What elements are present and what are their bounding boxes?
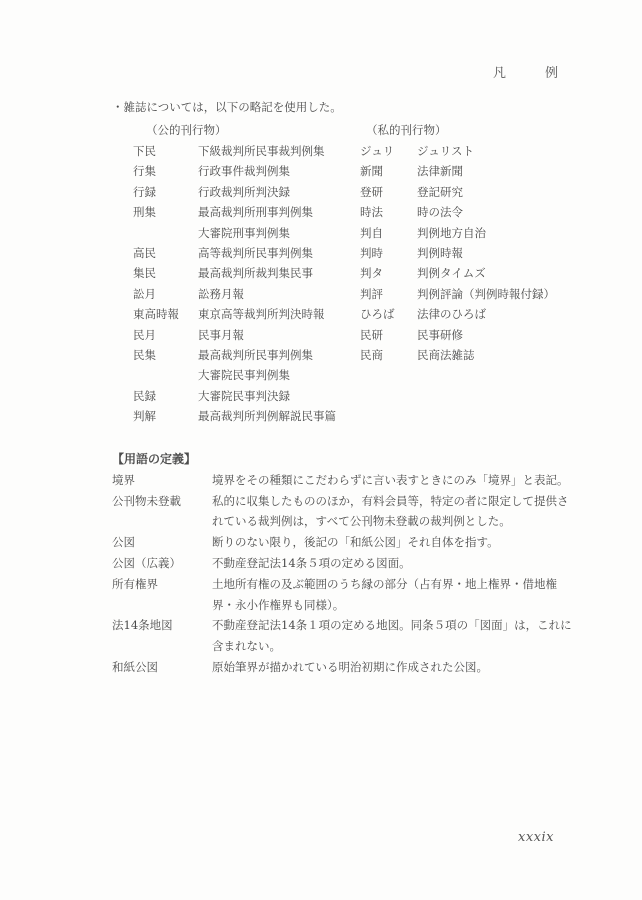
publication-name: 判例地方自治 [417, 226, 486, 240]
page-title: 凡 例 [0, 62, 558, 81]
public-publications-list: 下民下級裁判所民事裁判例集行集行政事件裁判例集行録行政裁判所判決録刑集最高裁判所… [133, 141, 336, 427]
definition-text-line: 断りのない限り，後記の「和紙公図」それ自体を指す。 [212, 532, 582, 553]
definition-text: 不動産登記法14条５項の定める図面。 [212, 553, 582, 574]
definition-entry: 法14条地図不動産登記法14条１項の定める地図。同条５項の「図面」は，これに含ま… [112, 615, 582, 657]
definition-text-line: 私的に収集したもののほか，有料会員等，特定の者に限定して提供さ [212, 491, 582, 512]
publication-name: 大審院民事判決録 [198, 389, 290, 403]
definition-text: 土地所有権の及ぶ範囲のうち縁の部分（占有界・地上権界・借地権界・永小作権界も同様… [212, 574, 582, 616]
definition-term: 公刊物未登載 [112, 491, 212, 512]
abbreviation-row: 東高時報東京高等裁判所判決時報 [133, 304, 336, 324]
abbreviation-row: 刑集最高裁判所刑事判例集 [133, 202, 336, 222]
private-publications-heading: （私的刊行物） [366, 120, 447, 140]
definition-term: 公図（広義） [112, 553, 212, 574]
publication-name: 行政事件裁判例集 [198, 164, 290, 178]
abbreviation-row: 民研民事研修 [360, 325, 555, 345]
abbreviation: 訟月 [133, 284, 198, 304]
abbreviation: 判解 [133, 406, 198, 426]
publication-name: 判例時報 [417, 246, 463, 260]
definition-entry: 境界境界をその種類にこだわらずに言い表すときにのみ「境界」と表記。 [112, 470, 582, 491]
publication-name: 時の法令 [417, 205, 463, 219]
definition-term: 境界 [112, 470, 212, 491]
abbreviation-row: 登研登記研究 [360, 182, 555, 202]
abbreviation-row: 判タ判例タイムズ [360, 263, 555, 283]
definition-entry: 公図（広義）不動産登記法14条５項の定める図面。 [112, 553, 582, 574]
abbreviation-row: 高民高等裁判所民事判例集 [133, 243, 336, 263]
publication-name: 最高裁判所判例解説民事篇 [198, 409, 336, 423]
publication-name: 法律新聞 [417, 164, 463, 178]
definition-text-line: れている裁判例は，すべて公刊物未登載の裁判例とした。 [212, 511, 582, 532]
publication-name: 最高裁判所刑事判例集 [198, 205, 313, 219]
definition-term: 和紙公図 [112, 657, 212, 678]
abbreviation-row: 民録大審院民事判決録 [133, 386, 336, 406]
publication-name: 訟務月報 [198, 287, 244, 301]
definition-text-line: 境界をその種類にこだわらずに言い表すときにのみ「境界」と表記。 [212, 470, 582, 491]
definition-text-line: 土地所有権の及ぶ範囲のうち縁の部分（占有界・地上権界・借地権 [212, 574, 582, 595]
abbreviation-row: ひろば法律のひろば [360, 304, 555, 324]
publication-name: 大審院民事判例集 [198, 368, 290, 382]
publication-name: 民事月報 [198, 328, 244, 342]
abbreviation: 民集 [133, 345, 198, 365]
definition-text-line: 不動産登記法14条１項の定める地図。同条５項の「図面」は，これに [212, 615, 582, 636]
abbreviation: 高民 [133, 243, 198, 263]
publication-name: 判例タイムズ [417, 266, 486, 280]
abbreviation: 登研 [360, 182, 417, 202]
abbreviation-row: 集民最高裁判所裁判集民事 [133, 263, 336, 283]
publication-name: 登記研究 [417, 185, 463, 199]
abbreviation: 民録 [133, 386, 198, 406]
definitions-list: 境界境界をその種類にこだわらずに言い表すときにのみ「境界」と表記。公刊物未登載私… [112, 470, 582, 678]
private-publications-list: ジュリジュリスト新聞法律新聞登研登記研究時法時の法令判自判例地方自治判時判例時報… [360, 141, 555, 365]
public-publications-heading: （公的刊行物） [146, 120, 227, 140]
abbreviation-row: 判評判例評論（判例時報付録） [360, 284, 555, 304]
abbreviation: 民月 [133, 325, 198, 345]
publication-name: 最高裁判所民事判例集 [198, 348, 313, 362]
abbreviation-row: 行録行政裁判所判決録 [133, 182, 336, 202]
definition-entry: 公図断りのない限り，後記の「和紙公図」それ自体を指す。 [112, 532, 582, 553]
abbreviation-row: 判自判例地方自治 [360, 223, 555, 243]
abbreviation: 行集 [133, 161, 198, 181]
publication-name: 大審院刑事判例集 [198, 226, 290, 240]
abbreviation: 判評 [360, 284, 417, 304]
abbreviation: 行録 [133, 182, 198, 202]
definition-term: 法14条地図 [112, 615, 212, 636]
publication-name: 下級裁判所民事裁判例集 [198, 144, 325, 158]
definition-text: 境界をその種類にこだわらずに言い表すときにのみ「境界」と表記。 [212, 470, 582, 491]
publication-name: 東京高等裁判所判決時報 [198, 307, 325, 321]
publication-name: 行政裁判所判決録 [198, 185, 290, 199]
abbreviation-row: 民商民商法雑誌 [360, 345, 555, 365]
abbreviation: 判タ [360, 263, 417, 283]
abbreviation: 民商 [360, 345, 417, 365]
abbreviation: ジュリ [360, 141, 417, 161]
publication-name: 高等裁判所民事判例集 [198, 246, 313, 260]
abbreviation: 民研 [360, 325, 417, 345]
magazines-intro-text: ・雑誌については，以下の略記を使用した。 [112, 97, 342, 117]
publication-name: 民商法雑誌 [417, 348, 475, 362]
definition-text-line: 界・永小作権界も同様）。 [212, 595, 582, 616]
legend-page: 凡 例 ・雑誌については，以下の略記を使用した。 （公的刊行物） （私的刊行物）… [0, 0, 642, 900]
definitions-heading: 【用語の定義】 [112, 449, 582, 470]
abbreviation-row: 新聞法律新聞 [360, 161, 555, 181]
abbreviation-row: 民月民事月報 [133, 325, 336, 345]
abbreviation-row: 訟月訟務月報 [133, 284, 336, 304]
abbreviation: 時法 [360, 202, 417, 222]
abbreviation: 判自 [360, 223, 417, 243]
definition-text-line: 原始筆界が描かれている明治初期に作成された公図。 [212, 657, 582, 678]
definition-term: 公図 [112, 532, 212, 553]
publication-name: 民事研修 [417, 328, 463, 342]
abbreviation-row: 時法時の法令 [360, 202, 555, 222]
definition-text: 断りのない限り，後記の「和紙公図」それ自体を指す。 [212, 532, 582, 553]
abbreviation-row: 判時判例時報 [360, 243, 555, 263]
abbreviation-row: 民集最高裁判所民事判例集 [133, 345, 336, 365]
abbreviation-row: 判解最高裁判所判例解説民事篇 [133, 406, 336, 426]
definition-text-line: 含まれない。 [212, 636, 582, 657]
abbreviation-row: 大審院民事判例集 [133, 365, 336, 385]
publication-name: 最高裁判所裁判集民事 [198, 266, 313, 280]
publication-name: 法律のひろば [417, 307, 486, 321]
definition-text: 不動産登記法14条１項の定める地図。同条５項の「図面」は，これに含まれない。 [212, 615, 582, 657]
abbreviation: 東高時報 [133, 304, 198, 324]
abbreviation-row: ジュリジュリスト [360, 141, 555, 161]
definitions-section: 【用語の定義】 境界境界をその種類にこだわらずに言い表すときにのみ「境界」と表記… [112, 449, 582, 678]
abbreviation: 刑集 [133, 202, 198, 222]
definition-entry: 所有権界土地所有権の及ぶ範囲のうち縁の部分（占有界・地上権界・借地権界・永小作権… [112, 574, 582, 616]
abbreviation: 下民 [133, 141, 198, 161]
abbreviation: 集民 [133, 263, 198, 283]
page-number: xxxix [518, 830, 554, 845]
definition-term: 所有権界 [112, 574, 212, 595]
abbreviation-row: 下民下級裁判所民事裁判例集 [133, 141, 336, 161]
abbreviation: ひろば [360, 304, 417, 324]
definition-entry: 公刊物未登載私的に収集したもののほか，有料会員等，特定の者に限定して提供されてい… [112, 491, 582, 533]
definition-text: 私的に収集したもののほか，有料会員等，特定の者に限定して提供されている裁判例は，… [212, 491, 582, 533]
abbreviation: 判時 [360, 243, 417, 263]
definition-text-line: 不動産登記法14条５項の定める図面。 [212, 553, 582, 574]
publication-name: ジュリスト [417, 144, 474, 158]
publication-name: 判例評論（判例時報付録） [417, 287, 555, 301]
definition-text: 原始筆界が描かれている明治初期に作成された公図。 [212, 657, 582, 678]
abbreviation: 新聞 [360, 161, 417, 181]
definition-entry: 和紙公図原始筆界が描かれている明治初期に作成された公図。 [112, 657, 582, 678]
abbreviation-row: 大審院刑事判例集 [133, 223, 336, 243]
abbreviation-row: 行集行政事件裁判例集 [133, 161, 336, 181]
